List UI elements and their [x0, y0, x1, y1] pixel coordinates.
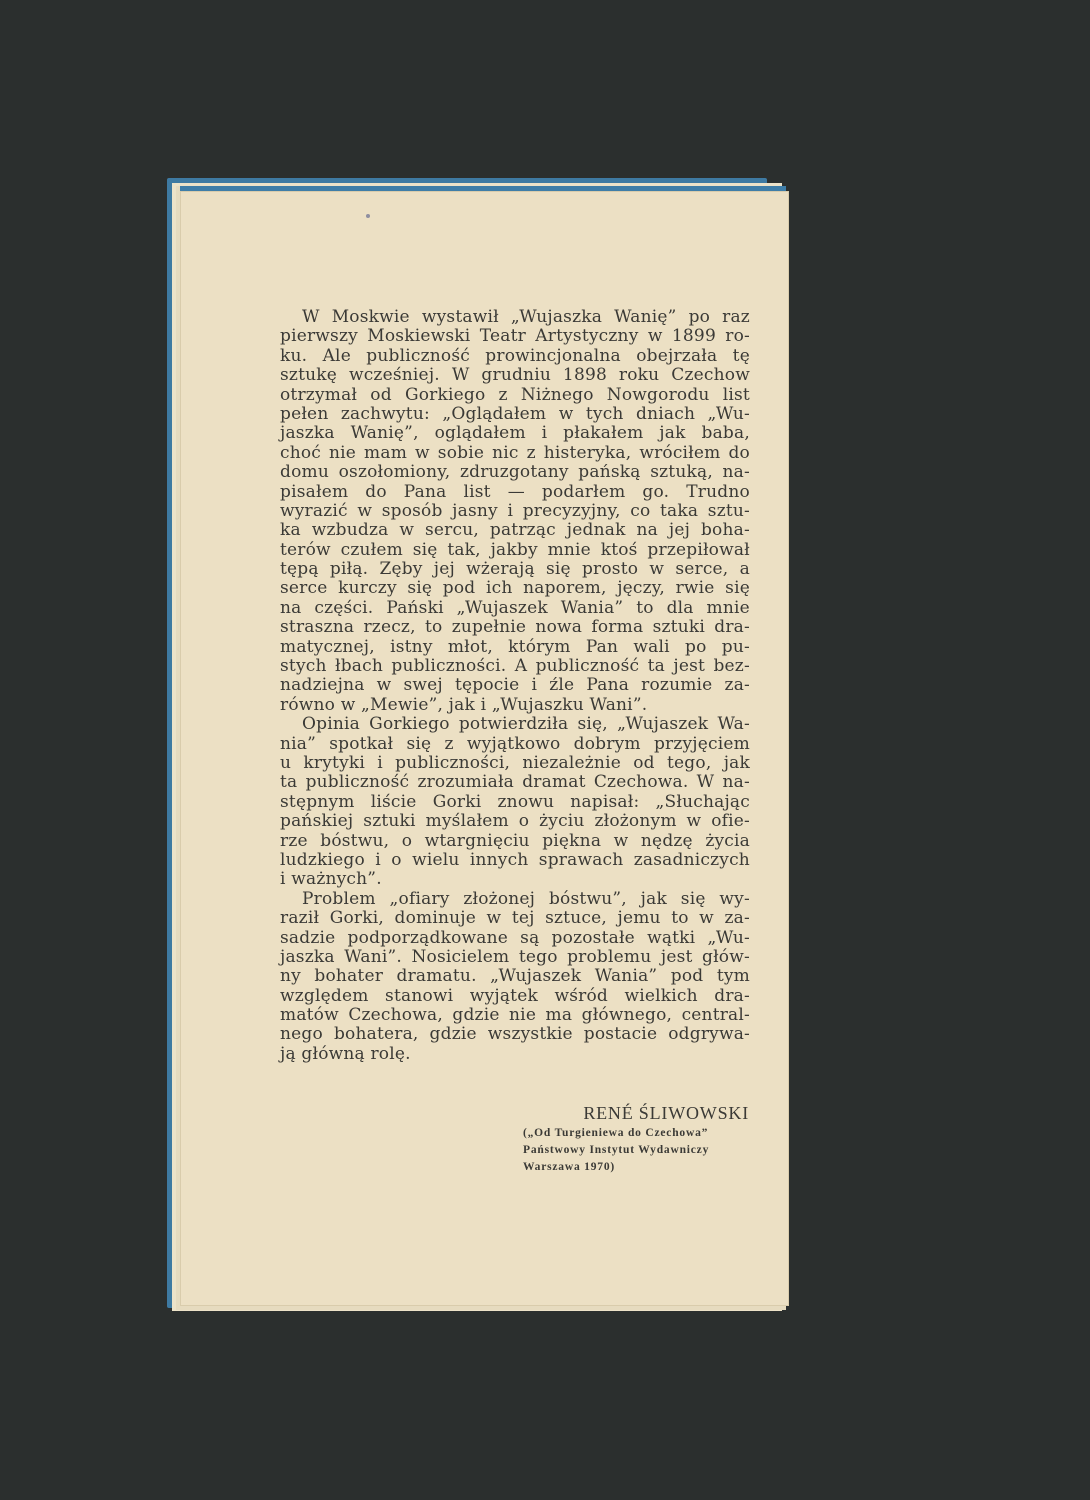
text-line: nybohaterdramatu.„WujaszekWania”podtym: [280, 967, 750, 986]
text-line: rzebóstwu,owtargnięciupięknawnędzężycia: [280, 832, 750, 851]
text-line: matówCzechowa,gdzieniemagłównego,central…: [280, 1006, 750, 1025]
text-line: naczęści.Pański„WujaszekWania”todlamnie: [280, 599, 750, 618]
text-line: negobohatera,gdziewszystkiepostacieodgry…: [280, 1025, 750, 1044]
text-line: jaszkaWani”.Nosicielemtegoproblemujestgł…: [280, 948, 750, 967]
source-line-1: („Od Turgieniewa do Czechowa”: [521, 1125, 761, 1142]
text-line: raziłGorki,dominujewtejsztuce,jemutowza-: [280, 909, 750, 928]
text-line: nia”spotkałsięzwyjątkowodobrymprzyjęciem: [280, 735, 750, 754]
text-line: Problem„ofiaryzłożonejbóstwu”,jaksięwy-: [280, 890, 750, 909]
source-line-3: Warszawa 1970): [521, 1159, 761, 1176]
text-line: równo w „Mewie”, jak i „Wujaszku Wani”.: [280, 696, 750, 715]
text-line: sercekurczysiępodichnaporem,jęczy,rwiesi…: [280, 579, 750, 598]
text-line: wyrazićwsposóbjasnyiprecyzyjny,cotakaszt…: [280, 502, 750, 521]
article-body: WMoskwiewystawił„WujaszkaWanię”porazpier…: [280, 308, 750, 1064]
text-line: pańskiejsztukimyślałemożyciuzłożonymwofi…: [280, 812, 750, 831]
attribution: RENÉ ŚLIWOWSKI („Od Turgieniewa do Czech…: [521, 1103, 761, 1176]
text-line: względemstanowiwyjątekwśródwielkichdra-: [280, 987, 750, 1006]
text-line: pierwszyMoskiewskiTeatrArtystycznyw1899r…: [280, 327, 750, 346]
text-line: sadziepodporządkowanesąpozostałewątki„Wu…: [280, 929, 750, 948]
document-page: WMoskwiewystawił„WujaszkaWanię”porazpier…: [181, 192, 788, 1305]
text-line: WMoskwiewystawił„WujaszkaWanię”poraz: [280, 308, 750, 327]
text-line: terówczułemsiętak,jakbymniektośprzepiłow…: [280, 541, 750, 560]
text-line: sztukęwcześniej.Wgrudniu1898rokuCzechow: [280, 366, 750, 385]
text-line: choćniemamwsobieniczhisteryka,wróciłemdo: [280, 444, 750, 463]
text-line: otrzymałodGorkiegozNiżnegoNowgorodulist: [280, 386, 750, 405]
text-line: ludzkiegoiowieluinnychsprawachzasadniczy…: [280, 851, 750, 870]
text-line: strasznarzecz,tozupełnienowaformasztukid…: [280, 618, 750, 637]
text-line: matycznej,istnymłot,którymPanwalipopu-: [280, 638, 750, 657]
text-line: stępnymliścieGorkiznowunapisał:„Słuchają…: [280, 793, 750, 812]
text-line: nadziejnawswejtępocieiźlePanarozumieza-: [280, 676, 750, 695]
text-line: jaszkaWanię”,oglądałemipłakałemjakbaba,: [280, 424, 750, 443]
paper-speck: [366, 214, 370, 218]
text-line: ją główną rolę.: [280, 1045, 750, 1064]
author-name: RENÉ ŚLIWOWSKI: [521, 1103, 761, 1124]
text-line: ukrytykiipubliczności,niezależnieodtego,…: [280, 754, 750, 773]
text-line: OpiniaGorkiegopotwierdziłasię,„WujaszekW…: [280, 715, 750, 734]
text-line: tapublicznośćzrozumiaładramatCzechowa.Wn…: [280, 773, 750, 792]
source-line-2: Państwowy Instytut Wydawniczy: [521, 1142, 761, 1159]
text-line: domuoszołomiony,zdruzgotanypańskąsztuką,…: [280, 463, 750, 482]
text-line: pisałemdoPanalist—podarłemgo.Trudno: [280, 483, 750, 502]
text-line: kawzbudzawsercu,patrzącjednaknajejboha-: [280, 521, 750, 540]
text-line: pełenzachwytu:„Oglądałemwtychdniach„Wu-: [280, 405, 750, 424]
text-line: stychłbachpubliczności.Apublicznośćtajes…: [280, 657, 750, 676]
text-line: tępąpiłą.Zębyjejwżerająsięprostowserce,a: [280, 560, 750, 579]
text-line: ku.Alepublicznośćprowincjonalnaobejrzała…: [280, 347, 750, 366]
text-line: i ważnych”.: [280, 870, 750, 889]
